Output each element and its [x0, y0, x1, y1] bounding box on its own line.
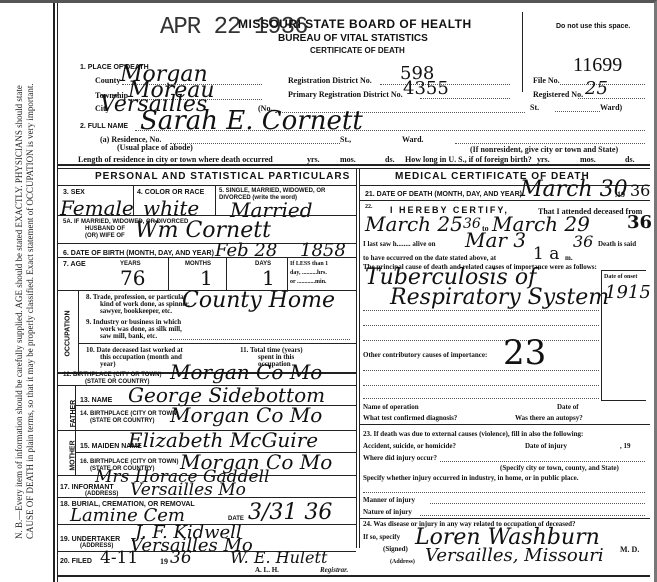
cause-line-d: [363, 370, 599, 371]
trade-label-3: sawyer, bookkeeper, etc.: [100, 307, 172, 316]
operation-label: Name of operation: [363, 403, 419, 412]
physician-address-label: (Address): [390, 558, 415, 567]
days-divider: [287, 257, 288, 290]
death-said-label: Death is said: [598, 240, 636, 249]
section-divider-top-2: [58, 168, 650, 169]
filed-year: 36: [170, 548, 192, 568]
left-border-outer: [53, 3, 55, 582]
time-suffix: m.: [565, 254, 573, 263]
dob-row-line: [58, 257, 356, 258]
us-mos: mos.: [580, 155, 596, 164]
attended-to-year: 36: [627, 212, 652, 233]
sex-divider: [133, 185, 134, 215]
age-days-value: 1: [262, 266, 275, 290]
length-ds: ds.: [385, 155, 395, 164]
us-ds: ds.: [625, 155, 635, 164]
board-title: MISSOURI STATE BOARD OF HEALTH: [238, 20, 472, 29]
filed-year-prefix: 19: [160, 557, 168, 566]
injury-year-prefix: , 19: [620, 442, 631, 451]
date-of-death-value: March 30: [520, 177, 628, 202]
nature-line: [420, 515, 645, 516]
bottom-line: [58, 575, 650, 577]
less-label-3: or ............min.: [290, 279, 327, 286]
sex-value: Female: [60, 196, 134, 220]
cause-line-2: Respiratory System: [390, 285, 609, 310]
md-label: M. D.: [620, 545, 639, 554]
operation-date-label: Date of: [557, 403, 579, 412]
side-instruction-note: N. B.—Every item of information should b…: [14, 0, 36, 539]
informant-bottom-line: [58, 497, 356, 498]
external-causes-label: 23. If death was due to external causes …: [363, 430, 583, 439]
last-saw-year: 36: [573, 232, 593, 251]
st-label: St.: [530, 103, 539, 112]
filed-label: 20. FILED: [60, 557, 92, 566]
test-label: What test confirmed diagnosis?: [363, 414, 457, 423]
residence-st-label: St.,: [340, 135, 351, 144]
how-long-label: How long in U. S., if of foreign birth?: [405, 155, 532, 164]
age-years-value: 76: [120, 266, 145, 290]
length-yrs: yrs.: [307, 155, 320, 164]
onset-column-top: [601, 270, 646, 271]
registered-no-label: Registered No.: [533, 90, 583, 99]
cause-line-a: [363, 310, 599, 311]
less-label-2: day, ..........hrs.: [290, 270, 327, 277]
time-of-death: 1 a: [533, 244, 559, 264]
years-divider: [168, 257, 169, 290]
autopsy-label: Was there an autopsy?: [515, 414, 583, 423]
race-divider: [215, 185, 216, 215]
death-year: 36: [630, 181, 650, 200]
county-label: County: [95, 76, 120, 85]
side-margin: N. B.—Every item of information should b…: [0, 3, 50, 582]
last-saw-label: I last saw h........ alive on: [363, 240, 436, 249]
dod-row-line: [360, 200, 650, 201]
trade-value: County Home: [182, 288, 335, 313]
length-mos: mos.: [340, 155, 356, 164]
manner-line: [430, 503, 645, 504]
registered-no-value: 25: [585, 78, 608, 99]
nonresident-note: (If nonresident, give city or town and S…: [470, 145, 618, 154]
onset-column-bottom: [601, 400, 646, 401]
industry-label-3: saw mill, bank, etc.: [100, 332, 157, 341]
father-side-label: FATHER: [70, 400, 77, 427]
where-injury-line: [440, 461, 645, 462]
full-name-line: [135, 130, 645, 131]
cause-line-e: [363, 385, 599, 386]
cause-line-f: [363, 398, 599, 399]
section-divider-top: [58, 164, 650, 166]
primary-registration-value: 4355: [403, 78, 449, 99]
certificate-number: 11699: [573, 54, 622, 76]
certificate-title: CERTIFICATE OF DEATH: [310, 46, 405, 55]
nonresident-line: [455, 143, 645, 144]
nature-row-line: [360, 518, 650, 519]
cause-line-b: [363, 325, 599, 326]
ward-line: [555, 111, 600, 112]
onset-value: 1915: [605, 282, 651, 303]
ward-label: Ward): [600, 103, 622, 112]
accident-label: Accident, suicide, or homicide?: [363, 442, 456, 451]
full-name-label: 2. FULL NAME: [80, 122, 128, 131]
physician-address: Versailles, Missouri: [425, 545, 604, 566]
race-value: white: [143, 196, 199, 220]
office-space-divider: [522, 12, 523, 92]
specify-city-label: (Specify city or town, county, and State…: [500, 464, 619, 473]
where-injury-label: Where did injury occur?: [363, 454, 437, 463]
nature-label: Nature of injury: [363, 508, 412, 517]
spouse-label-3: (OR) WIFE OF: [85, 232, 125, 241]
certify-number: 22.: [365, 203, 373, 212]
last-worked-label-3: year): [100, 360, 116, 369]
autopsy-row-line: [360, 424, 650, 425]
occurred-label: to have occurred on the date stated abov…: [363, 254, 496, 263]
attended-from: March 25: [365, 212, 463, 236]
father-birthplace-value: Morgan Co Mo: [170, 403, 322, 427]
industry-row-line: [78, 343, 356, 344]
contributory-code: 23: [503, 333, 546, 373]
residence-sub-label: (Usual place of abode): [117, 143, 193, 152]
burial-date: 3/31 36: [248, 500, 332, 525]
injury-date-label: Date of injury: [525, 442, 567, 451]
occupation-side-divider: [78, 290, 79, 375]
personal-title-line: [58, 185, 356, 186]
full-name-value: Sarah E. Cornett: [140, 106, 363, 136]
age-label: 7. AGE: [63, 260, 86, 269]
residence-line: [170, 143, 340, 144]
specify-where-label: Specify whether injury occurred in indus…: [363, 474, 578, 483]
mother-name-value: Elizabeth McGuire: [128, 428, 318, 452]
last-saw-value: Mar 3: [465, 228, 526, 252]
signed-label: (Signed): [383, 545, 408, 554]
registered-no-line: [578, 98, 645, 99]
father-birthplace-sub: (STATE OR COUNTRY): [90, 417, 155, 426]
manner-label: Manner of injury: [363, 496, 415, 505]
primary-registration-line: [420, 98, 510, 99]
column-divider-1: [356, 168, 357, 548]
bureau-title: BUREAU OF VITAL STATISTICS: [278, 34, 428, 43]
residence-ward-label: Ward.: [402, 135, 424, 144]
industry-line: [170, 339, 350, 340]
us-yrs: yrs.: [537, 155, 550, 164]
contributory-label: Other contributory causes of importance:: [363, 351, 487, 360]
side-note-line-1: N. B.—Every item of information should b…: [14, 0, 25, 539]
registrar-name: W. E. Hulett: [230, 548, 327, 567]
length-of-residence-label: Length of residence in city or town wher…: [78, 155, 273, 164]
sex-row-line: [58, 215, 356, 216]
left-border-inner: [57, 3, 58, 582]
age-months-value: 1: [200, 266, 213, 290]
death-year-prefix: .19: [615, 190, 625, 199]
office-note: Do not use this space.: [556, 22, 630, 31]
if-so-label: If so, specify: [363, 533, 400, 542]
personal-section-title: PERSONAL AND STATISTICAL PARTICULARS: [95, 172, 350, 181]
occupation-side-label: OCCUPATION: [65, 310, 72, 356]
date-of-death-label: 21. DATE OF DEATH (MONTH, DAY, AND YEAR): [365, 190, 522, 199]
cause-line-c: [363, 340, 599, 341]
column-divider-2: [359, 168, 360, 548]
less-label-1: If LESS than 1: [290, 261, 328, 268]
filed-date: 4-11: [100, 548, 138, 568]
registrar-initials: A. L. H.: [255, 566, 279, 575]
primary-registration-label: Primary Registration District No.: [288, 90, 403, 99]
father-name-label: 13. NAME: [80, 396, 112, 405]
months-divider: [226, 257, 227, 290]
file-no-label: File No.: [533, 76, 560, 85]
onset-header: Date of onset: [604, 273, 637, 282]
birthplace-value: Morgan Co Mo: [170, 360, 322, 384]
registration-district-label: Registration District No.: [288, 76, 372, 85]
side-note-line-2: CAUSE OF DEATH in plain terms, so that i…: [25, 0, 36, 539]
registrar-title: Registrar.: [320, 566, 348, 575]
specify-line: [363, 492, 645, 493]
